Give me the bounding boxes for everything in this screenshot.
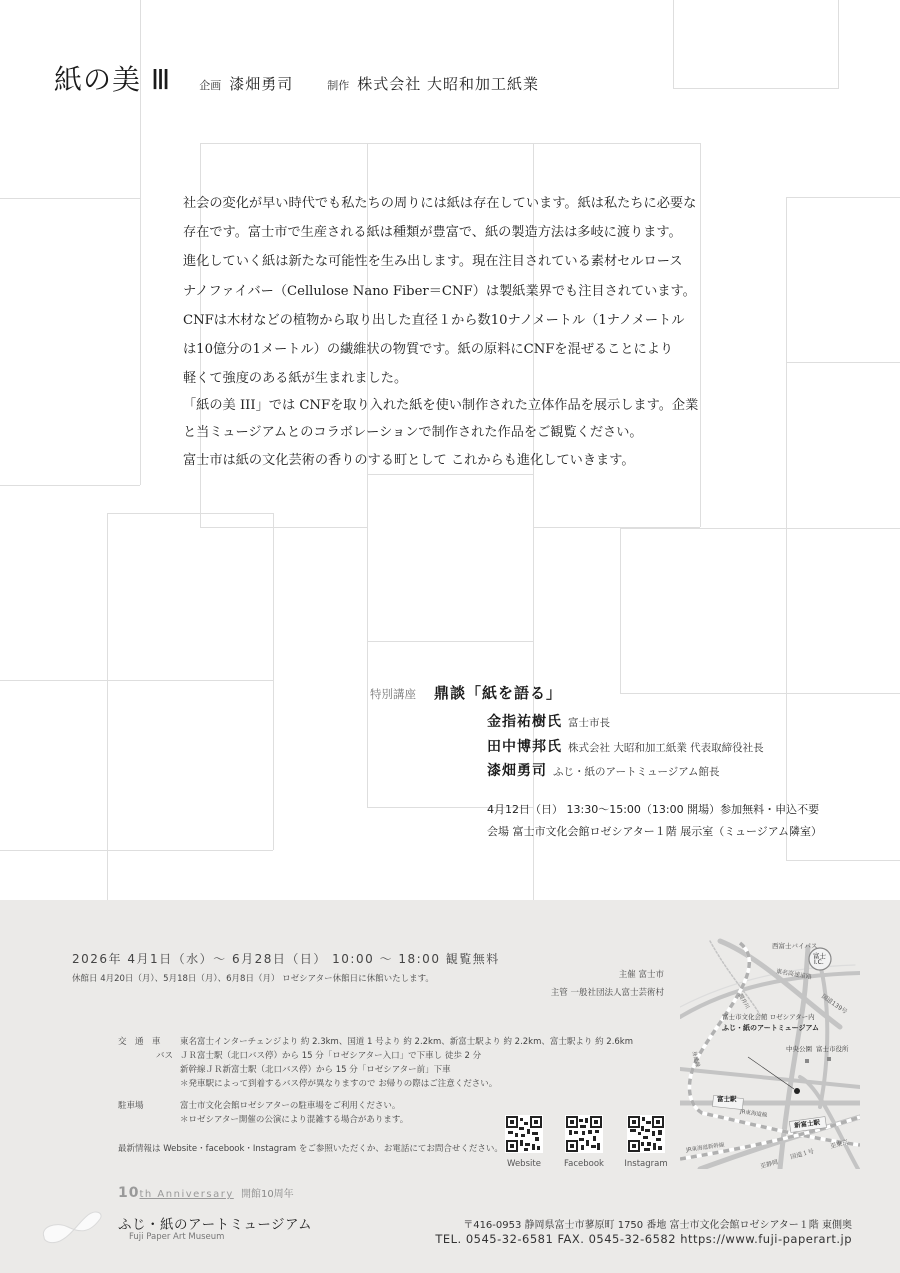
museum-name-jp: ふじ・紙のアートミュージアム	[118, 1213, 312, 1233]
organizer: 主催 富士市	[619, 968, 664, 980]
qr-facebook[interactable]: Facebook	[564, 1115, 604, 1169]
intro-line: と当ミュージアムとのコラボレーションで制作された作品をご観覧ください。	[183, 418, 723, 447]
qr-code-icon	[505, 1115, 543, 1153]
production-label: 制作	[327, 77, 349, 93]
intro-line: 富士市は紙の文化芸術の香りのする町として これからも進化していきます。	[183, 448, 723, 474]
speaker: 漆畑勇司 ふじ・紙のアートミュージアム館長	[487, 760, 720, 780]
closed-days: 休館日 4月20日（月）、5月18日（月）、6月8日（月） ロゼシアター休館日に…	[72, 972, 434, 984]
lecture-label: 特別講座	[370, 686, 416, 702]
intro-line: 社会の変化が早い時代でも私たちの周りには紙は存在しています。紙は私たちに必要な	[183, 189, 723, 218]
access-map: 西富士バイパス 富士 I.C. 東名高速道路 国道139号 潤井川 富士市文化会…	[680, 937, 860, 1169]
exhibition-title: 紙の美 Ⅲ	[54, 58, 171, 98]
lecture-datetime: 4月12日（日） 13:30〜15:00（13:00 開場）参加無料・申込不要	[487, 801, 819, 817]
qr-code-icon	[627, 1115, 665, 1153]
intro-line: ナノファイバー（Cellulose Nano Fiber＝CNF）は製紙業界でも…	[183, 277, 723, 306]
production-value: 株式会社 大昭和加工紙業	[357, 73, 539, 94]
poster: 紙の美 Ⅲ 企画 漆畑勇司 制作 株式会社 大昭和加工紙業 社会の変化が早い時代…	[0, 0, 900, 1273]
intro-line: CNFは木材などの植物から取り出した直径１から数10ナノメートル（1ナノメートル	[183, 306, 723, 335]
museum-logo-icon	[38, 1205, 108, 1249]
planning-value: 漆畑勇司	[229, 73, 293, 94]
intro-line: 軽くて強度のある紙が生まれました。	[183, 364, 723, 393]
speaker: 田中博邦氏 株式会社 大昭和加工紙業 代表取締役社長	[487, 736, 764, 756]
intro-text: 社会の変化が早い時代でも私たちの周りには紙は存在しています。紙は私たちに必要な …	[183, 189, 723, 474]
exhibition-period: 2026年 4月1日（水）〜 6月28日（日） 10:00 〜 18:00 観覧…	[72, 950, 500, 967]
contact-info[interactable]: TEL. 0545-32-6581 FAX. 0545-32-6582 http…	[435, 1232, 852, 1246]
museum-location-icon	[794, 1088, 800, 1094]
intro-line: 「紙の美 III」では CNFを取り入れた紙を使い制作された立体作品を展示します…	[183, 393, 723, 418]
intro-line: 存在です。富士市で生産される紙は種類が豊富で、紙の製造方法は多岐に渡ります。	[183, 218, 723, 247]
address: 〒416-0953 静岡県富士市蓼原町 1750 番地 富士市文化会館ロゼシアタ…	[463, 1216, 852, 1231]
qr-website[interactable]: Website	[504, 1115, 544, 1169]
lecture-title: 鼎談「紙を語る」	[434, 682, 562, 703]
speaker: 金指祐樹氏 富士市長	[487, 711, 610, 731]
info-note: 最新情報は Website・facebook・Instagram をご参照いただ…	[118, 1142, 503, 1154]
management: 主管 一般社団法人富士芸術村	[551, 986, 664, 998]
header: 紙の美 Ⅲ 企画 漆畑勇司 制作 株式会社 大昭和加工紙業	[54, 58, 539, 98]
qr-code-icon	[565, 1115, 603, 1153]
planning-label: 企画	[199, 77, 221, 93]
museum-name-en: Fuji Paper Art Museum	[129, 1232, 224, 1242]
intro-line: 進化していく紙は新たな可能性を生み出します。現在注目されている素材セルロース	[183, 247, 723, 276]
special-lecture: 特別講座 鼎談「紙を語る」 金指祐樹氏 富士市長 田中博邦氏 株式会社 大昭和加…	[370, 682, 562, 703]
lecture-venue: 会場 富士市文化会館ロゼシアター１階 展示室（ミュージアム隣室）	[487, 823, 822, 839]
qr-instagram[interactable]: Instagram	[626, 1115, 666, 1169]
intro-line: は10億分の1メートル）の繊維状の物質です。紙の原料にCNFを混ぜることにより	[183, 335, 723, 364]
anniversary-badge: 10th Anniversary 開館10周年	[118, 1185, 294, 1201]
access-info: 交 通 車東名富士インターチェンジより 約 2.3km、国道 1 号より 約 2…	[118, 1035, 633, 1127]
parking-label: 駐車場	[118, 1099, 180, 1113]
